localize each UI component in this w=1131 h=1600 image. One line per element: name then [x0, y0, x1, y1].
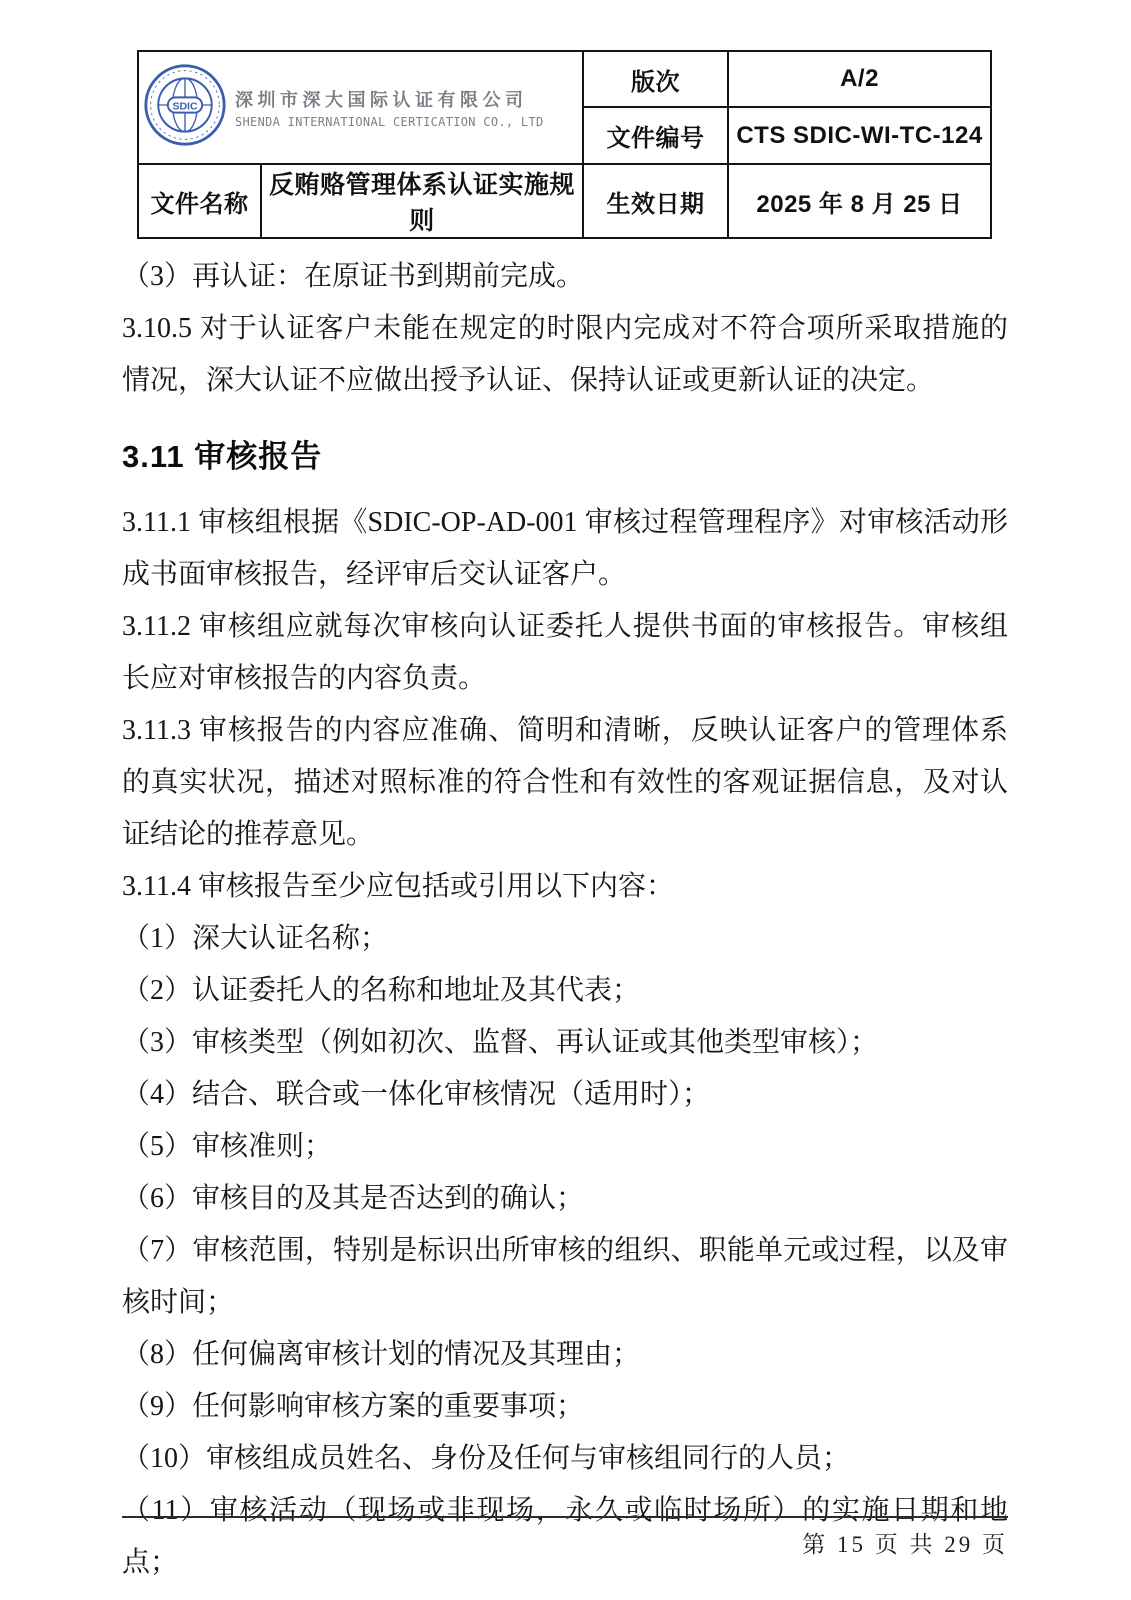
logo-text: SDIC [172, 100, 198, 112]
doc-number-value: CTS SDIC-WI-TC-124 [728, 107, 991, 164]
page-footer: 第 15 页 共 29 页 [122, 1516, 1008, 1559]
paragraph: （3）再认证：在原证书到期前完成。 [122, 251, 1008, 303]
document-header-table: SDIC 深圳市深大国际认证有限公司 SHENDA INTERNATIONAL … [137, 50, 992, 239]
document-page: SDIC 深圳市深大国际认证有限公司 SHENDA INTERNATIONAL … [0, 0, 1131, 1600]
page-number: 第 15 页 共 29 页 [802, 1532, 1008, 1557]
paragraph: 3.10.5 对于认证客户未能在规定的时限内完成对不符合项所采取措施的情况，深大… [122, 303, 1008, 407]
list-item: （9）任何影响审核方案的重要事项； [122, 1381, 1008, 1433]
company-name-cn: 深圳市深大国际认证有限公司 [235, 86, 544, 112]
company-header-cell: SDIC 深圳市深大国际认证有限公司 SHENDA INTERNATIONAL … [138, 51, 583, 164]
paragraph: 3.11.1 审核组根据《SDIC-OP-AD-001 审核过程管理程序》对审核… [122, 497, 1008, 601]
list-item: （7）审核范围，特别是标识出所审核的组织、职能单元或过程，以及审核时间； [122, 1225, 1008, 1329]
list-item: （8）任何偏离审核计划的情况及其理由； [122, 1329, 1008, 1381]
list-item: （6）审核目的及其是否达到的确认； [122, 1173, 1008, 1225]
list-item: （4）结合、联合或一体化审核情况（适用时）； [122, 1069, 1008, 1121]
list-item: （3）审核类型（例如初次、监督、再认证或其他类型审核）； [122, 1017, 1008, 1069]
list-item: （1）深大认证名称； [122, 913, 1008, 965]
document-body: （3）再认证：在原证书到期前完成。 3.10.5 对于认证客户未能在规定的时限内… [122, 251, 1008, 1589]
doc-number-label: 文件编号 [583, 107, 728, 164]
company-name-en: SHENDA INTERNATIONAL CERTICATION CO., LT… [235, 115, 544, 129]
version-value: A/2 [728, 51, 991, 107]
doc-name-label: 文件名称 [138, 164, 261, 238]
paragraph: 3.11.3 审核报告的内容应准确、简明和清晰，反映认证客户的管理体系的真实状况… [122, 705, 1008, 861]
version-label: 版次 [583, 51, 728, 107]
paragraph: 3.11.4 审核报告至少应包括或引用以下内容： [122, 861, 1008, 913]
list-item: （5）审核准则； [122, 1121, 1008, 1173]
effective-date-label: 生效日期 [583, 164, 728, 238]
section-heading: 3.11 审核报告 [122, 437, 1008, 477]
effective-date-value: 2025 年 8 月 25 日 [728, 164, 991, 238]
sdic-globe-logo-icon: SDIC [143, 63, 227, 152]
list-item: （10）审核组成员姓名、身份及任何与审核组同行的人员； [122, 1433, 1008, 1485]
page-content: SDIC 深圳市深大国际认证有限公司 SHENDA INTERNATIONAL … [0, 0, 1131, 1600]
list-item: （2）认证委托人的名称和地址及其代表； [122, 965, 1008, 1017]
paragraph: 3.11.2 审核组应就每次审核向认证委托人提供书面的审核报告。审核组长应对审核… [122, 601, 1008, 705]
doc-name-value: 反贿赂管理体系认证实施规则 [261, 164, 583, 238]
